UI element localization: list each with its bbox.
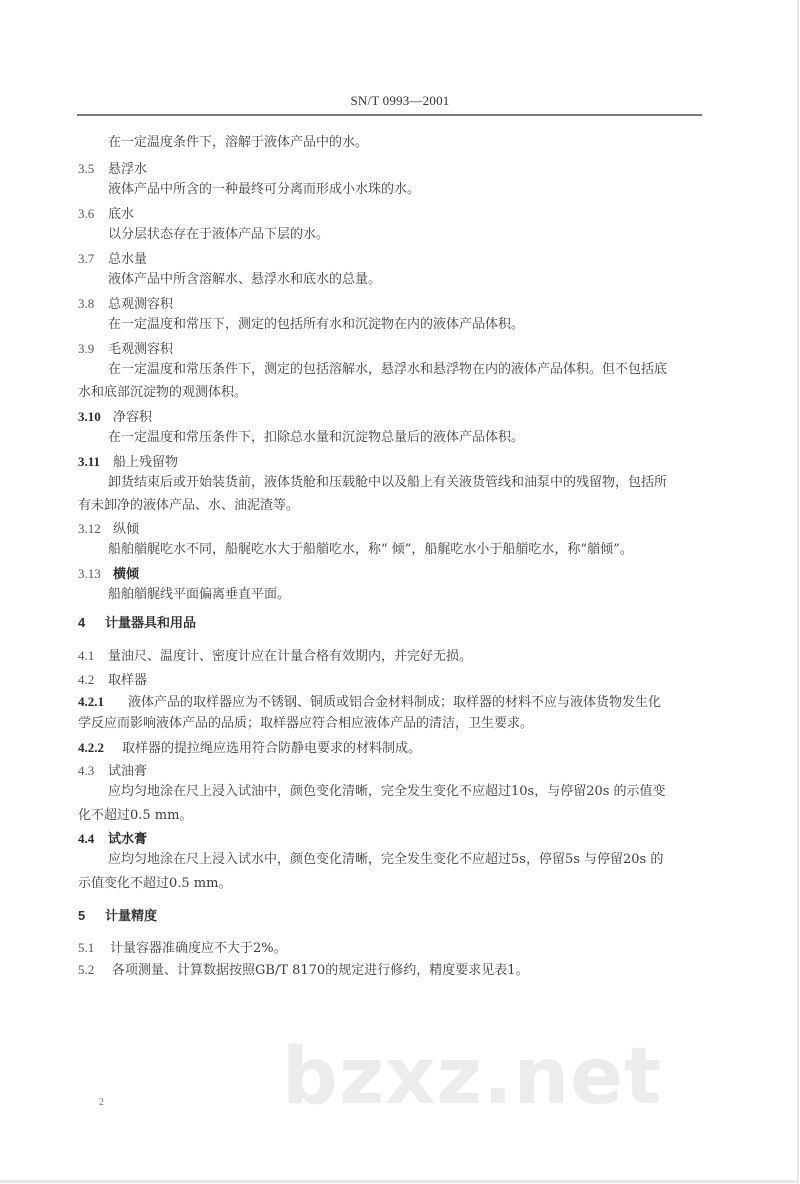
- paragraph: 应均匀地涂在尺上浸入试水中，颜色变化清晰，完全发生变化不应超过5s，停留5s 与…: [108, 852, 663, 868]
- clause: 4.2.2取样器的提拉绳应选用符合防静电要求的材料制成。: [78, 740, 421, 757]
- paragraph: 在一定温度和常压下，测定的包括所有水和沉淀物在内的液体产品体积。: [108, 317, 524, 333]
- clause: 4.2.1液体产品的取样器应为不锈钢、铜质或铝合金材料制成；取样器的材料不应与液…: [78, 694, 661, 711]
- clause-heading: 3.7总水量: [78, 251, 147, 268]
- paragraph-continuation: 化不超过0.5 mm。: [78, 808, 192, 824]
- clause: 5.2各项测量、计算数据按照GB/T 8170的规定进行修约，精度要求见表1。: [78, 962, 528, 979]
- paragraph: 在一定温度和常压条件下，测定的包括溶解水，悬浮水和悬浮物在内的液体产品体积。但不…: [108, 362, 667, 378]
- watermark: bzxz.net: [282, 1038, 662, 1116]
- clause-heading: 4.2取样器: [78, 672, 147, 689]
- paragraph-continuation: 学反应而影响液体产品的品质；取样器应符合相应液体产品的清洁，卫生要求。: [78, 716, 533, 732]
- clause-heading: 3.12纵倾: [78, 521, 139, 538]
- clause-heading: 3.13横倾: [78, 566, 139, 583]
- paragraph: 液体产品中所含溶解水、悬浮水和底水的总量。: [108, 272, 381, 288]
- paragraph: 在一定温度和常压条件下，扣除总水量和沉淀物总量后的液体产品体积。: [108, 430, 524, 446]
- clause: 5.1计量容器准确度应不大于2%。: [78, 940, 287, 957]
- clause-heading: 3.5悬浮水: [78, 161, 147, 178]
- paragraph-continuation: 有未卸净的液体产品、水、油泥渣等。: [78, 498, 299, 514]
- paragraph: 卸货结束后或开始装货前，液体货舱和压载舱中以及船上有关液货管线和油泵中的残留物，…: [108, 475, 667, 491]
- clause: 4.1量油尺、温度计、密度计应在计量合格有效期内，并完好无损。: [78, 648, 472, 665]
- paragraph-continuation: 水和底部沉淀物的观测体积。: [78, 385, 247, 401]
- clause-heading: 4.3试油膏: [78, 763, 147, 780]
- standard-number-header: SN/T 0993—2001: [0, 93, 800, 109]
- paragraph: 液体产品中所含的一种最终可分离而形成小水珠的水。: [108, 182, 420, 198]
- document-page: SN/T 0993—2001 在一定温度条件下，溶解于液体产品中的水。 3.5悬…: [0, 0, 799, 1183]
- paragraph: 船舶艏艉吃水不同，船艉吃水大于船艏吃水，称“ 倾”，船艉吃水小于船艏吃水，称“艏…: [108, 542, 633, 558]
- paragraph: 应均匀地涂在尺上浸入试油中，颜色变化清晰，完全发生变化不应超过10s，与停留20…: [108, 784, 666, 800]
- page-number: 2: [99, 1097, 104, 1108]
- paragraph: 在一定温度条件下，溶解于液体产品中的水。: [108, 135, 368, 151]
- clause-heading: 3.6底水: [78, 206, 134, 223]
- header-rule: [77, 114, 702, 116]
- paragraph: 以分层状态存在于液体产品下层的水。: [108, 227, 329, 243]
- clause-heading: 3.11船上残留物: [78, 454, 178, 471]
- section-heading: 5计量精度: [78, 908, 157, 925]
- paragraph: 船舶艏艉线平面偏离垂直平面。: [108, 587, 290, 603]
- clause-heading: 3.9毛观测容积: [78, 341, 173, 358]
- clause-heading: 4.4试水膏: [78, 831, 147, 848]
- clause-heading: 3.8总观测容积: [78, 296, 173, 313]
- section-heading: 4计量器具和用品: [78, 615, 196, 632]
- paragraph-continuation: 示值变化不超过0.5 mm。: [78, 876, 231, 892]
- clause-heading: 3.10净容积: [78, 409, 152, 426]
